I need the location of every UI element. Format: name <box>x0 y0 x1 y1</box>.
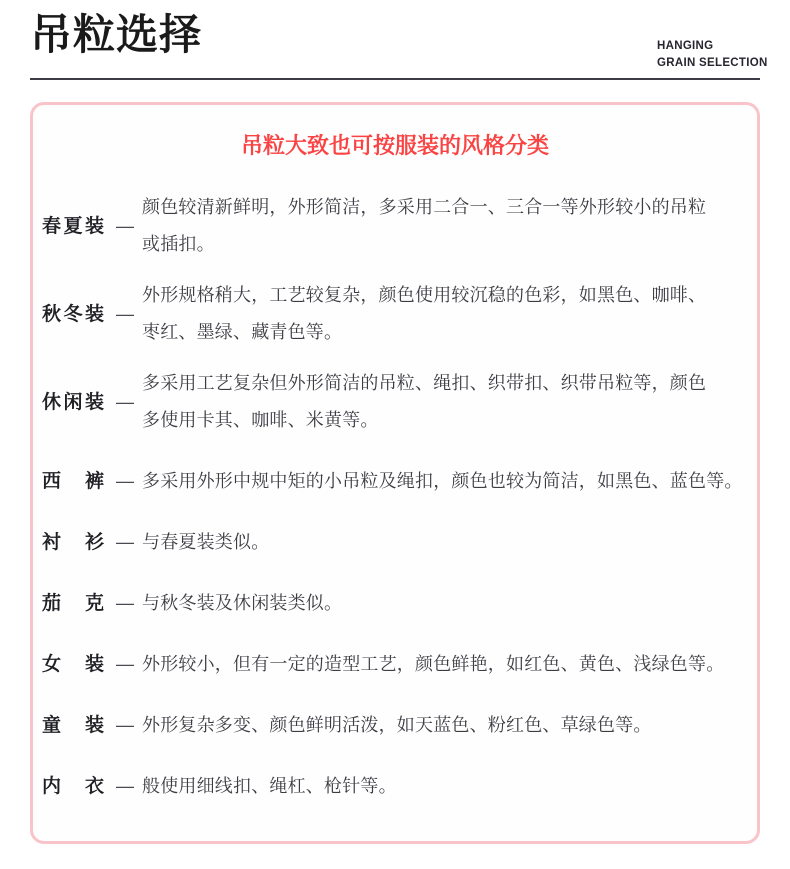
list-item-spring-summer: 春夏装 — 颜色较清新鲜明，外形简洁，多采用二合一、三合一等外形较小的吊粒或插扣… <box>42 189 757 263</box>
dash-separator: — <box>116 646 134 683</box>
item-description: 多采用外形中规中矩的小吊粒及绳扣，颜色也较为简洁，如黑色、蓝色等。 <box>142 463 757 500</box>
dash-separator: — <box>116 707 134 744</box>
dash-separator: — <box>116 524 134 561</box>
item-description: 多采用工艺复杂但外形简洁的吊粒、绳扣、织带扣、织带吊粒等，颜色多使用卡其、咖啡、… <box>142 365 722 439</box>
dash-separator: — <box>116 585 134 622</box>
dash-separator: — <box>116 463 134 500</box>
item-description: 外形规格稍大，工艺较复杂，颜色使用较沉稳的色彩，如黑色、咖啡、枣红、墨绿、藏青色… <box>142 277 722 351</box>
item-description: 与春夏装类似。 <box>142 524 757 561</box>
subtitle-line-2: GRAIN SELECTION <box>657 55 768 72</box>
list-item-underwear: 内衣 — 般使用细线扣、绳杠、枪针等。 <box>42 768 757 805</box>
item-label: 西裤 <box>42 463 104 500</box>
item-description: 外形较小，但有一定的造型工艺，颜色鲜艳，如红色、黄色、浅绿色等。 <box>142 646 757 683</box>
page-header: 吊粒选择 HANGING GRAIN SELECTION <box>30 0 760 80</box>
list-item-childrens-wear: 童装 — 外形复杂多变、颜色鲜明活泼，如天蓝色、粉红色、草绿色等。 <box>42 707 757 744</box>
dash-separator: — <box>116 296 134 333</box>
list-item-dress-pants: 西裤 — 多采用外形中规中矩的小吊粒及绳扣，颜色也较为简洁，如黑色、蓝色等。 <box>42 463 757 500</box>
item-label: 童装 <box>42 707 104 744</box>
item-label: 衬衫 <box>42 524 104 561</box>
item-label: 女装 <box>42 646 104 683</box>
item-description: 外形复杂多变、颜色鲜明活泼，如天蓝色、粉红色、草绿色等。 <box>142 707 757 744</box>
dash-separator: — <box>116 208 134 245</box>
item-label: 内衣 <box>42 768 104 805</box>
page-subtitle-english: HANGING GRAIN SELECTION <box>657 38 768 71</box>
page-title: 吊粒选择 <box>30 12 202 58</box>
item-label: 秋冬装 <box>42 296 104 333</box>
item-description: 颜色较清新鲜明，外形简洁，多采用二合一、三合一等外形较小的吊粒或插扣。 <box>142 189 722 263</box>
list-item-autumn-winter: 秋冬装 — 外形规格稍大，工艺较复杂，颜色使用较沉稳的色彩，如黑色、咖啡、枣红、… <box>42 277 757 351</box>
item-description: 与秋冬装及休闲装类似。 <box>142 585 757 622</box>
dash-separator: — <box>116 768 134 805</box>
item-description: 般使用细线扣、绳杠、枪针等。 <box>142 768 757 805</box>
panel-heading: 吊粒大致也可按服装的风格分类 <box>42 133 748 159</box>
list-item-jacket: 茄克 — 与秋冬装及休闲装类似。 <box>42 585 757 622</box>
dash-separator: — <box>116 384 134 421</box>
list-item-womens-wear: 女装 — 外形较小，但有一定的造型工艺，颜色鲜艳，如红色、黄色、浅绿色等。 <box>42 646 757 683</box>
list-item-casual-wear: 休闲装 — 多采用工艺复杂但外形简洁的吊粒、绳扣、织带扣、织带吊粒等，颜色多使用… <box>42 365 757 439</box>
list-item-shirt: 衬衫 — 与春夏装类似。 <box>42 524 757 561</box>
item-label: 春夏装 <box>42 208 104 245</box>
style-classification-panel: 吊粒大致也可按服装的风格分类 春夏装 — 颜色较清新鲜明，外形简洁，多采用二合一… <box>30 102 760 844</box>
item-label: 茄克 <box>42 585 104 622</box>
subtitle-line-1: HANGING <box>657 38 768 55</box>
item-label: 休闲装 <box>42 384 104 421</box>
